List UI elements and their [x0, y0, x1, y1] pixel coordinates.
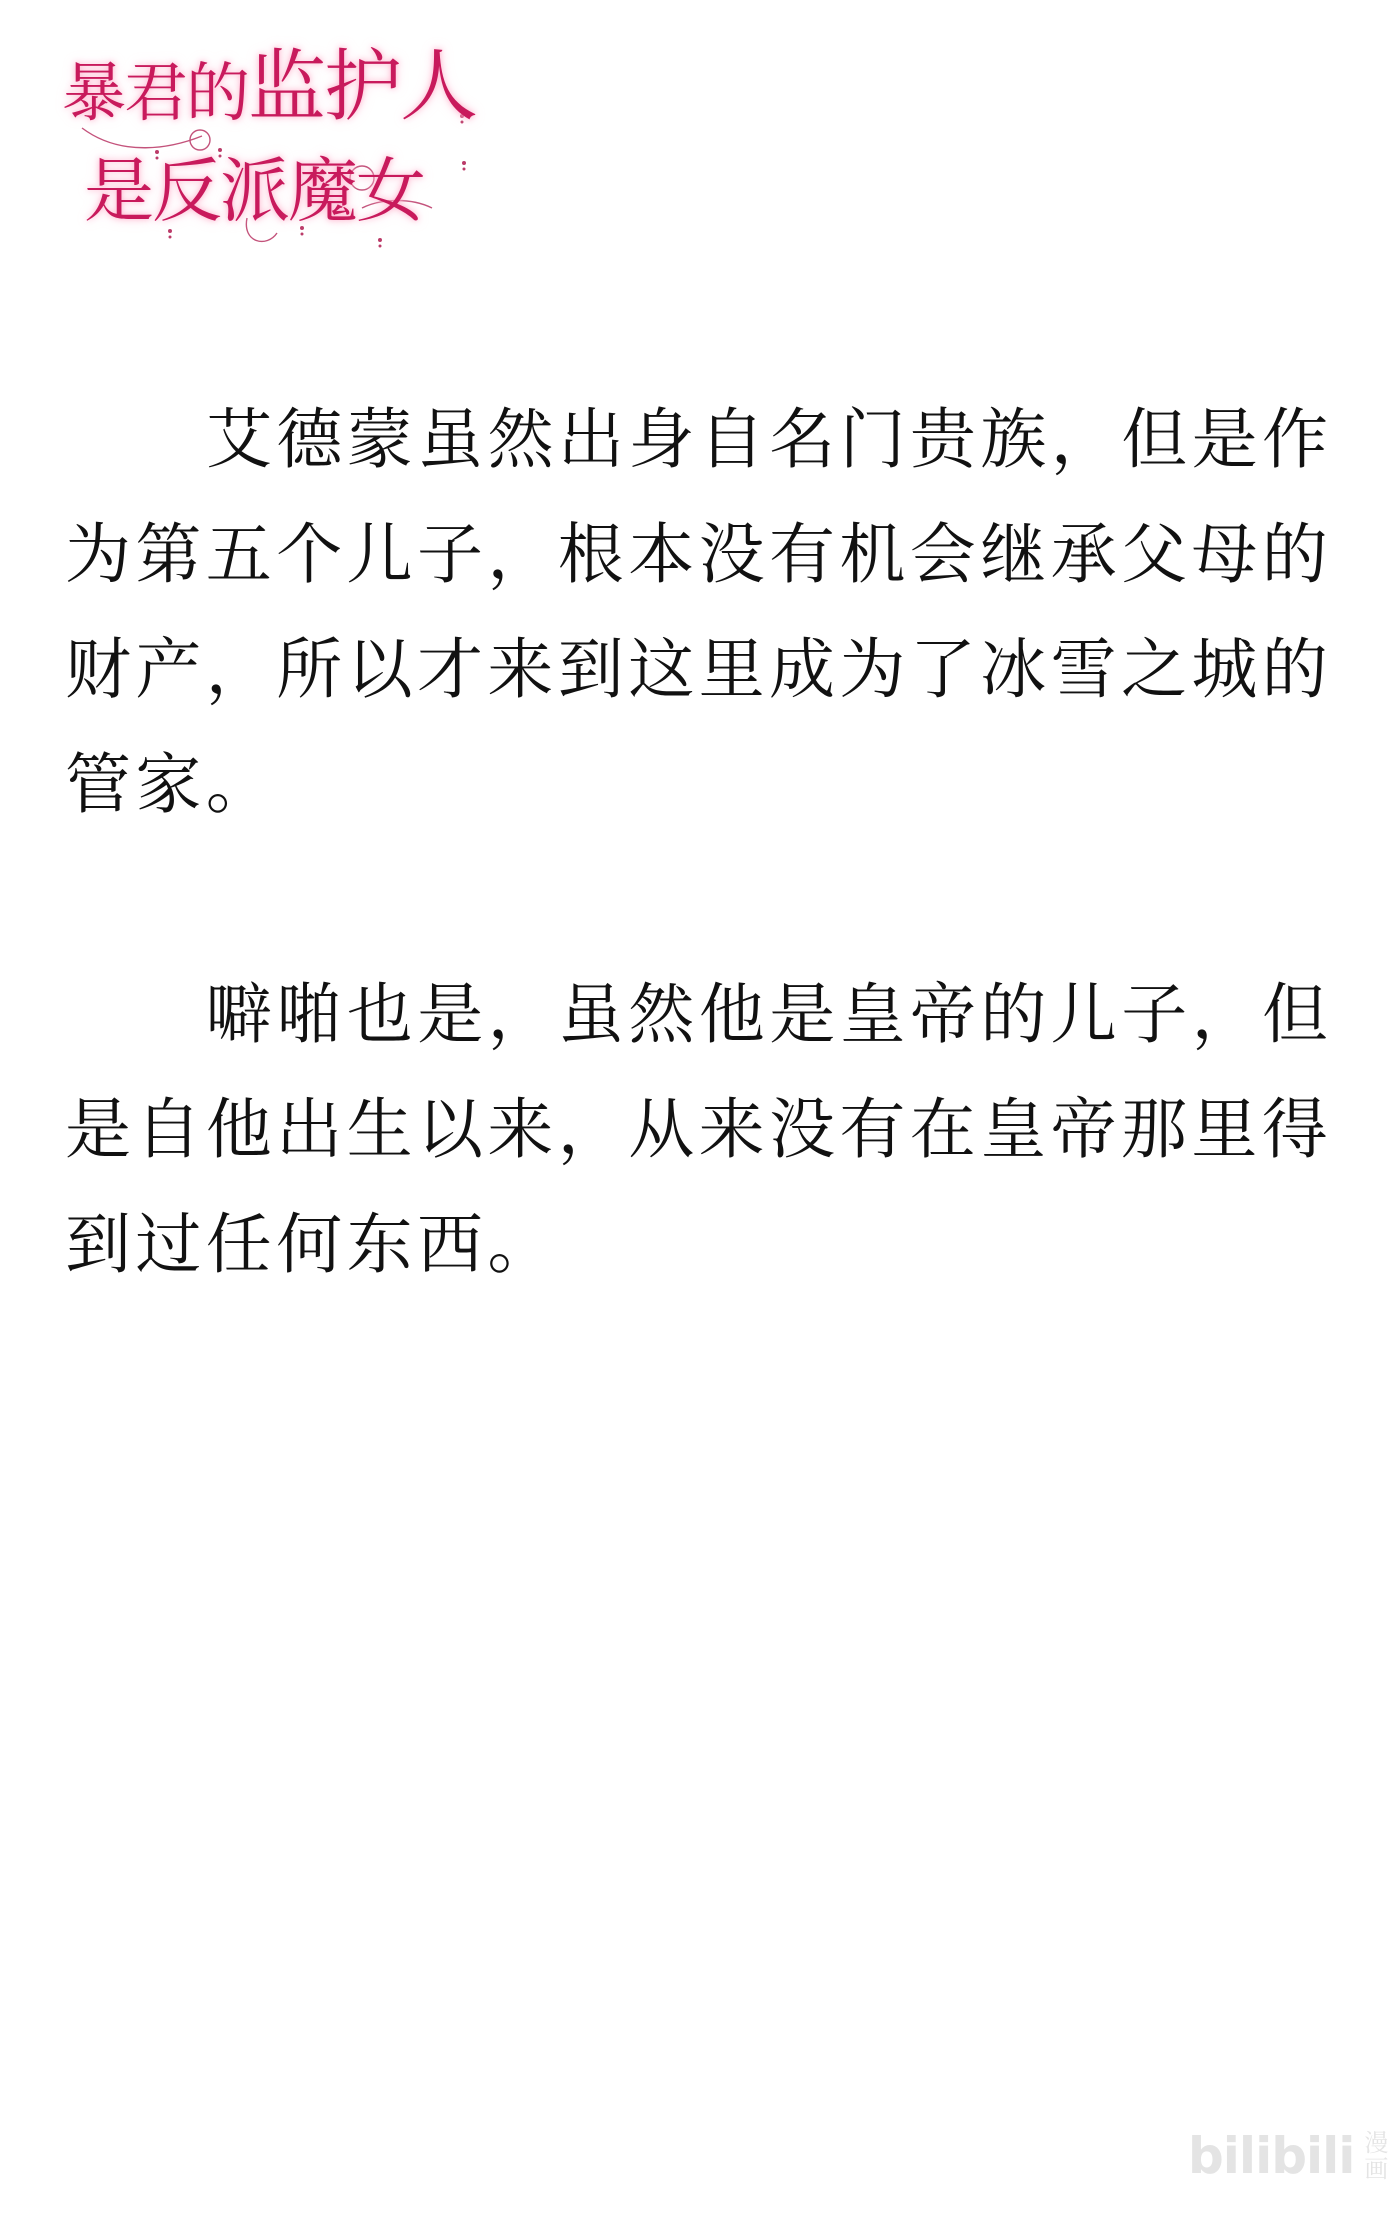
title-logo-line-1: 暴君的监护人: [62, 48, 476, 126]
watermark-brand: bilibili: [1188, 2131, 1354, 2181]
watermark-sub-top: 漫: [1364, 2130, 1388, 2156]
story-paragraph-2: 噼啪也是，虽然他是皇帝的儿子，但是自他出生以来，从来没有在皇帝那里得到过任何东西…: [65, 957, 1340, 1302]
title-char: 人: [400, 48, 476, 126]
title-char: 魔: [288, 156, 356, 226]
title-char: 派: [220, 156, 288, 226]
title-char: 反: [152, 156, 220, 226]
watermark-sub: 漫 画: [1364, 2130, 1388, 2182]
title-char: 君: [124, 62, 186, 126]
story-text: 艾德蒙虽然出身自名门贵族，但是作为第五个儿子，根本没有机会继承父母的财产，所以才…: [65, 382, 1340, 1302]
title-char: 的: [186, 62, 248, 126]
title-char: 女: [356, 156, 424, 226]
bilibili-comics-watermark: bilibili 漫 画: [1188, 2120, 1388, 2192]
title-char: 监: [248, 48, 324, 126]
story-paragraph-1: 艾德蒙虽然出身自名门贵族，但是作为第五个儿子，根本没有机会继承父母的财产，所以才…: [65, 382, 1340, 842]
title-char: 护: [324, 48, 400, 126]
title-char: 暴: [62, 62, 124, 126]
title-logo: 暴君的监护人 是反派魔女: [62, 48, 482, 248]
watermark-sub-bottom: 画: [1364, 2156, 1388, 2182]
title-logo-line-2: 是反派魔女: [84, 156, 424, 226]
title-char: 是: [84, 156, 152, 226]
